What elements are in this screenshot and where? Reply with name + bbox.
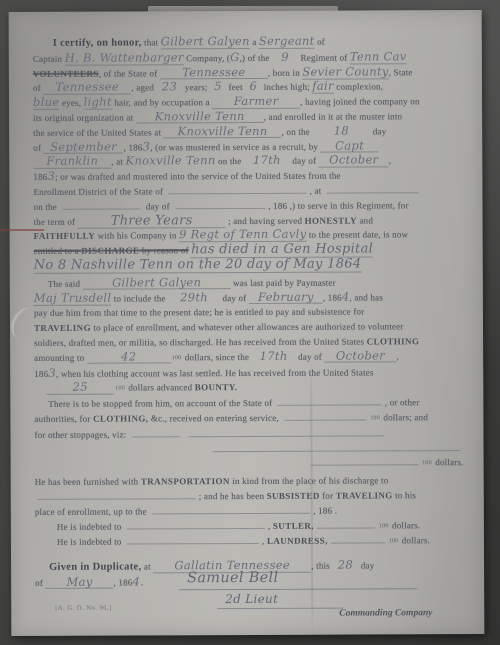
printed-text: , at [111, 157, 125, 167]
printed-text: , (or was mustered in service as a recru… [150, 141, 320, 152]
printed-text: , born in [268, 67, 303, 77]
photo-backdrop: I certify, on honor, that Gilbert Galyen… [0, 0, 500, 645]
handwritten-entry: 18 [312, 125, 370, 137]
printed-text: pay due him from that time to the presen… [34, 307, 365, 318]
printed-text: of [33, 142, 43, 152]
printed-text: , when his clothing account was last set… [56, 367, 374, 378]
red-edge-mark [0, 229, 44, 231]
handwritten-entry: 42 [87, 351, 171, 364]
printed-text: , 186 [323, 292, 342, 302]
printed-text: years; [182, 83, 210, 93]
form-line: VOLUNTEERS, of the State of Tennessee, b… [33, 65, 462, 82]
handwritten-entry: February [249, 291, 323, 304]
printed-text: , and has [349, 292, 383, 302]
printed-term: FAITHFULLY [34, 231, 96, 241]
printed-text: , and enrolled in it at the muster into [264, 111, 403, 122]
printed-text: for [320, 491, 336, 501]
blank-line [310, 456, 418, 466]
handwritten-entry: 25 [46, 382, 114, 395]
certificate-paper: I certify, on honor, that Gilbert Galyen… [9, 10, 485, 636]
printed-text: There is to be stopped from him, on acco… [48, 398, 274, 409]
printed-text: dollars, since the [182, 352, 251, 362]
printed-text: the term of [34, 216, 78, 226]
printed-text: on the [216, 156, 244, 166]
handwritten-entry: May [45, 576, 113, 589]
signature-line [179, 588, 417, 590]
printed-text: and [357, 215, 373, 225]
printed-text: hair, and by occupation a [112, 97, 212, 107]
blank-line [317, 518, 375, 528]
handwritten-entry: 29th [168, 292, 220, 304]
printed-term: HONESTLY [305, 215, 357, 225]
handwritten-entry: September [44, 141, 124, 154]
printed-text: eyes, [59, 98, 83, 108]
blank-line [127, 534, 259, 545]
handwritten-entry: 3 [47, 169, 55, 183]
handwritten-entry: 4. [132, 574, 144, 588]
handwritten-entry: Maj Trusdell [34, 290, 112, 305]
printed-text: ; and he has been [199, 491, 267, 501]
printed-text: the service of the United States at [33, 127, 163, 138]
handwritten-entry: G [230, 50, 240, 64]
printed-text: , having joined the company on [300, 96, 420, 107]
printed-text: &c., received on entering service, [148, 413, 281, 424]
printed-text: by reason of [139, 245, 188, 255]
handwritten-entry: 6 [245, 81, 261, 93]
printed-text: , 186 . [313, 505, 337, 515]
printed-term: DISCHARGE [81, 246, 139, 256]
blank-line [213, 441, 461, 452]
printed-text: in kind from the place of his discharge … [230, 475, 389, 486]
form-line: 25100 dollars advanced BOUNTY. [34, 379, 463, 397]
handwritten-entry: 9 Regt of Tenn Cavly [179, 227, 306, 243]
printed-text: day of [220, 293, 249, 303]
handwritten-entry: 3 [143, 139, 151, 153]
printed-text: ; and having served [226, 215, 305, 225]
printed-text: , 186 ,) to serve in this Regiment, for [268, 200, 409, 211]
signature-rank: 2d Lieut [225, 593, 278, 605]
cents-fraction: 100 [389, 539, 399, 545]
handwritten-entry: 17th [244, 155, 290, 167]
handwritten-entry: October [324, 350, 396, 363]
handwritten-entry: Farmer [212, 96, 300, 109]
printed-term: TRAVELING [34, 323, 91, 333]
printed-text: day of [290, 156, 319, 166]
printed-text: 186 [33, 172, 47, 182]
printed-text: soldiers, drafted men, or militia, so di… [34, 336, 367, 347]
printed-text: at [141, 562, 153, 572]
printed-term: SUTLER, [273, 520, 314, 530]
printed-text: a [250, 37, 259, 47]
printed-text: its original organization at [33, 112, 136, 122]
gothic-heading: I certify, on honor, [53, 37, 142, 48]
printed-text: 186 [34, 368, 48, 378]
printed-text: dollars advanced [126, 383, 195, 393]
printed-text: ; or was drafted and mustered into the s… [55, 171, 341, 182]
blank-line [169, 184, 307, 195]
handwritten-entry: light [84, 95, 112, 110]
printed-text [183, 429, 185, 439]
cents-fraction: 100 [422, 461, 432, 467]
form-line: He is indebted to , LAUNDRESS,100 dollar… [35, 533, 464, 551]
printed-text: day [358, 561, 374, 571]
printed-text: for other stoppages, viz: [34, 429, 128, 439]
printed-text: Enrollment District of the State of [33, 186, 165, 197]
handwritten-entry: 28 [332, 560, 358, 572]
cents-fraction: 100 [379, 523, 389, 529]
gothic-heading: Given in Duplicate, [49, 562, 141, 573]
printed-text: dollars. [390, 520, 421, 530]
printed-text: to his [393, 490, 416, 500]
printed-text: place of enrollment, up to the [35, 506, 149, 516]
printed-text: to place of enrollment, and whatever oth… [91, 321, 404, 332]
printed-text: , at [310, 186, 324, 196]
handwritten-entry: Tennessee [43, 82, 131, 95]
handwritten-entry: 3 [48, 365, 56, 379]
printed-text: day of [143, 201, 172, 211]
blank-line [331, 534, 385, 544]
cents-fraction: 100 [370, 415, 380, 421]
handwritten-entry: H. B. Wattenbarger [65, 50, 184, 66]
printed-text: amounting to [34, 352, 87, 362]
form-line: No 8 Nashville Tenn on the 20 day of May… [34, 257, 463, 274]
form-line: ; and he has been SUBSISTED for TRAVELIN… [35, 488, 464, 505]
printed-text: of [33, 83, 43, 93]
printed-text: ,) of the [240, 53, 273, 63]
signature-rank-line [217, 608, 343, 610]
handwritten-entry: Knoxville Tenn [136, 111, 264, 124]
printed-text: , aged [131, 83, 156, 93]
cents-fraction: 100 [172, 355, 182, 361]
blank-line [175, 199, 265, 209]
form-line: Enrollment District of the State of , at [33, 183, 462, 200]
printed-text: , 186 [124, 142, 143, 152]
printed-text: He is indebted to [57, 521, 124, 531]
printed-text: entitled to a [34, 246, 82, 256]
blank-line [327, 183, 419, 193]
handwritten-entry: Gilbert Galyen [161, 34, 250, 49]
handwritten-entry: Sevier County [302, 64, 388, 79]
printed-text: on the [33, 202, 59, 212]
handwritten-entry: October [319, 155, 389, 168]
printed-text: He is indebted to [57, 537, 124, 547]
printed-text: feet [226, 82, 245, 92]
printed-text: , on the [282, 126, 313, 136]
signature-name: Samuel Bell [187, 571, 278, 586]
cents-fraction: 100 [115, 386, 125, 392]
printed-text: with his Company in [95, 231, 179, 241]
blank-line [152, 503, 310, 514]
handwritten-entry: Gilbert Galyen [83, 277, 231, 290]
handwritten-entry: 5 [210, 81, 226, 93]
blank-line [127, 518, 265, 529]
handwritten-entry: Franklin [33, 156, 111, 169]
printed-text: , 186 [113, 577, 132, 587]
printed-text: complexion, [334, 82, 383, 92]
printed-text: that [142, 37, 161, 47]
printed-text: authorities, for [34, 414, 93, 424]
printed-text: Regiment of [298, 52, 350, 62]
commanding-company-label: Commanding Company [339, 608, 432, 618]
form-line: authorities, for CLOTHING, &c., received… [34, 410, 463, 428]
printed-term: TRANSPORTATION [141, 476, 230, 486]
printed-text: , [396, 351, 398, 361]
printed-text: Captain [33, 54, 65, 64]
printed-text: dollars; and [381, 412, 428, 422]
handwritten-entry: Knoxville Tenn [126, 154, 216, 168]
printed-term: BOUNTY. [195, 382, 238, 392]
handwritten-entry: 9 [272, 52, 298, 64]
handwritten-entry: 17th [252, 351, 296, 363]
handwritten-entry: blue [33, 95, 60, 110]
printed-text: to include the [111, 293, 168, 303]
printed-text: , [389, 156, 391, 166]
printed-text: day [370, 126, 386, 136]
handwritten-entry: Sergeant [259, 34, 315, 49]
printed-term: VOLUNTEERS [33, 68, 99, 78]
form-line: Captain H. B. Wattenbarger Company, (G,)… [33, 50, 462, 67]
handwritten-entry: Three Years [78, 214, 226, 229]
printed-text: , State [389, 67, 413, 77]
handwritten-entry: Tennessee [160, 66, 268, 79]
blank-line [62, 199, 140, 209]
printed-text: He has been furnished with [35, 477, 141, 487]
form-line: soldiers, drafted men, or militia, so di… [34, 334, 463, 351]
handwritten-entry: No 8 Nashville Tenn on the 20 day of May… [34, 256, 362, 273]
printed-text: of [315, 37, 325, 47]
printed-text: was last paid by Paymaster [231, 277, 336, 287]
printed-text: , of the State of [99, 68, 160, 78]
form-line: 100 dollars. [35, 455, 464, 473]
blank-line [38, 489, 196, 500]
form-number-code: [A. G. O. No. 96.] [55, 605, 112, 612]
printed-text: The said [48, 278, 83, 288]
certificate-body: I certify, on honor, that Gilbert Galyen… [9, 10, 485, 591]
printed-term: CLOTHING [367, 336, 420, 346]
printed-text: , or other [385, 397, 420, 407]
handwritten-entry: 4 [342, 289, 350, 303]
printed-text: to the present date, is now [306, 230, 408, 240]
blank-line [188, 426, 384, 437]
blank-line [132, 427, 180, 437]
printed-term: LAUNDRESS, [267, 536, 328, 546]
printed-text: Company, ( [184, 53, 230, 63]
printed-term: TRAVELING [336, 490, 393, 500]
printed-text: dollars. [433, 457, 464, 467]
handwritten-entry: Tenn Cav [350, 49, 407, 64]
printed-text: inches high; [261, 82, 312, 92]
handwritten-entry: Capt [321, 140, 379, 153]
handwritten-entry: 23 [156, 82, 182, 94]
handwritten-entry: fair [312, 79, 334, 94]
printed-text: dollars. [399, 535, 430, 545]
form-line: on the day of , 186 ,) to serve in this … [33, 198, 462, 215]
printed-term: CLOTHING, [93, 413, 148, 423]
printed-text: of [35, 578, 45, 588]
printed-text: , this [311, 561, 332, 571]
handwritten-entry: Knoxville Tenn [164, 126, 282, 139]
form-line: amounting to 42100 dollars, since the 17… [34, 349, 463, 367]
blank-line [278, 396, 382, 406]
form-line: He is indebted to , SUTLER,100 dollars. [35, 518, 464, 536]
blank-line [284, 410, 366, 420]
